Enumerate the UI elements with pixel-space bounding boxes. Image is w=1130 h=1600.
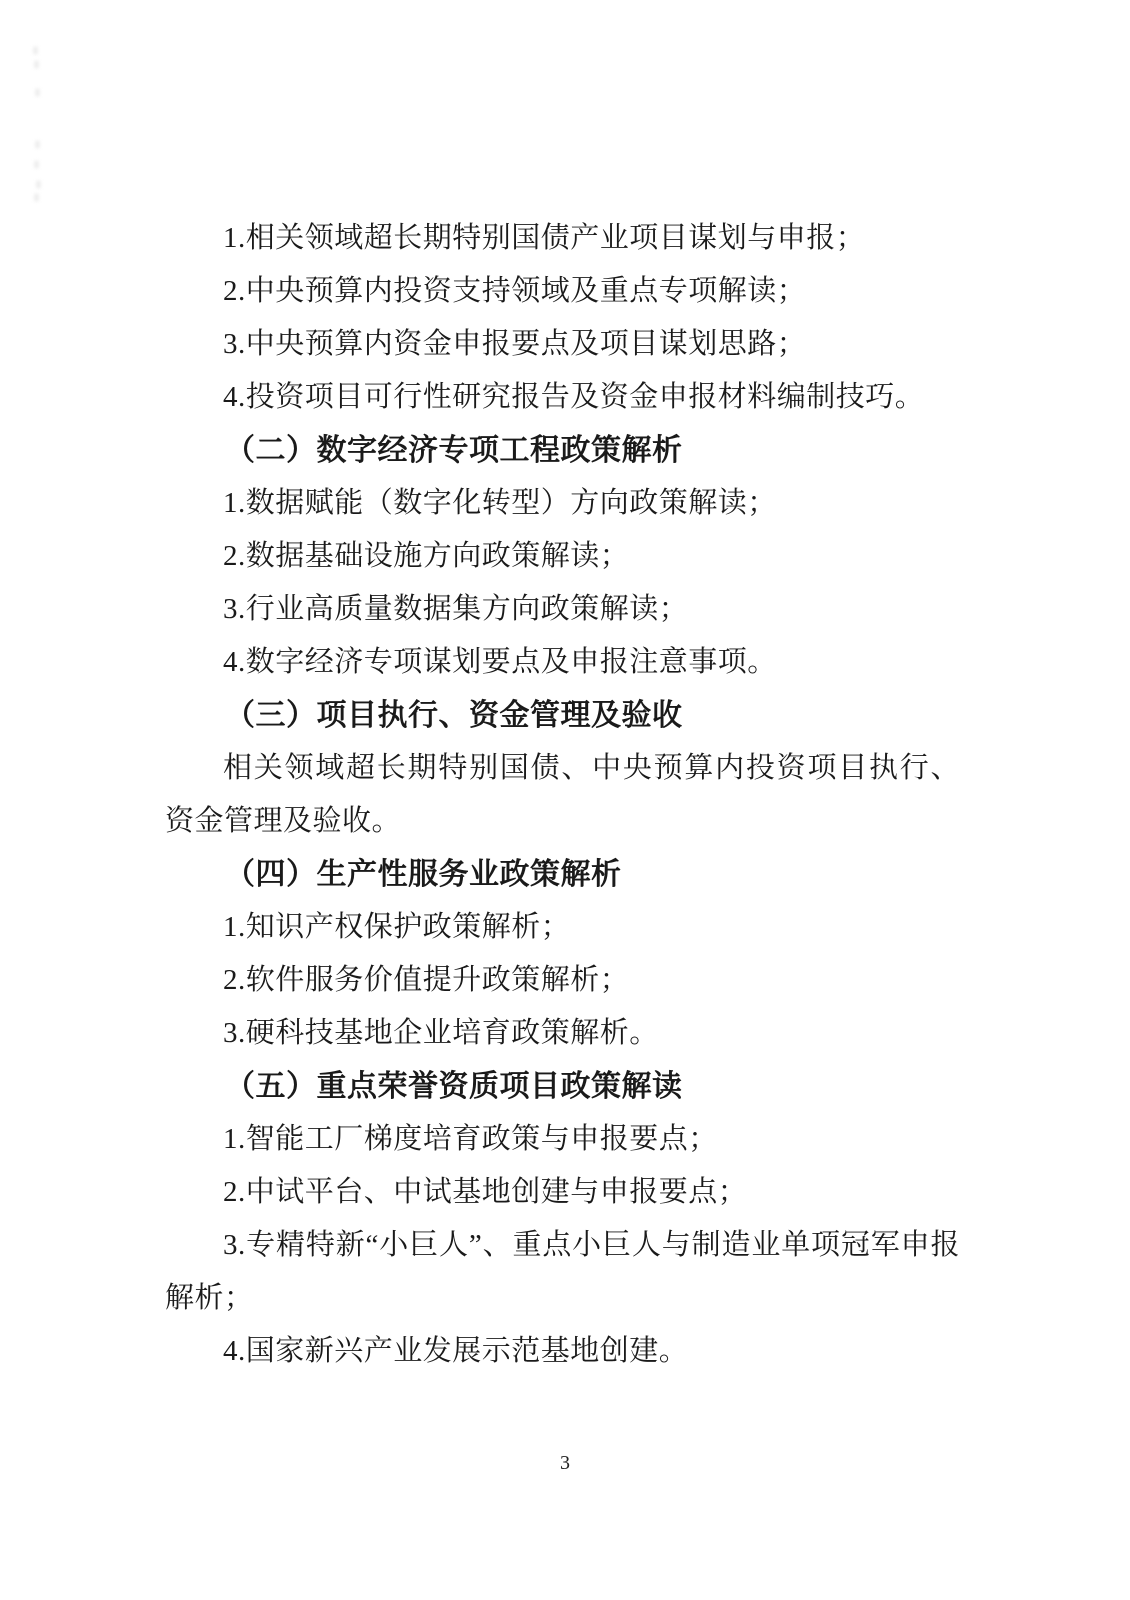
list-item: 2.中央预算内投资支持领域及重点专项解读； xyxy=(165,265,960,318)
list-item: 4.投资项目可行性研究报告及资金申报材料编制技巧。 xyxy=(165,371,960,424)
list-item: 1.相关领域超长期特别国债产业项目谋划与申报； xyxy=(165,212,960,265)
list-item: 1.知识产权保护政策解析； xyxy=(165,901,960,954)
section-heading: （五）重点荣誉资质项目政策解读 xyxy=(165,1060,960,1113)
list-item: 1.数据赋能（数字化转型）方向政策解读； xyxy=(165,477,960,530)
list-item: 4.数字经济专项谋划要点及申报注意事项。 xyxy=(165,636,960,689)
section-heading: （二）数字经济专项工程政策解析 xyxy=(165,424,960,477)
scan-artifact xyxy=(34,60,39,69)
scan-artifact xyxy=(35,140,40,149)
scan-artifact xyxy=(33,46,38,55)
scan-artifact xyxy=(35,88,40,97)
section-heading: （四）生产性服务业政策解析 xyxy=(165,848,960,901)
scan-artifact xyxy=(36,180,41,189)
scan-artifact xyxy=(34,193,39,202)
list-item: 1.智能工厂梯度培育政策与申报要点； xyxy=(165,1113,960,1166)
list-item: 4.国家新兴产业发展示范基地创建。 xyxy=(165,1325,960,1378)
list-item: 2.中试平台、中试基地创建与申报要点； xyxy=(165,1166,960,1219)
scan-artifact xyxy=(34,160,39,169)
section-heading: （三）项目执行、资金管理及验收 xyxy=(165,689,960,742)
list-item: 3.硬科技基地企业培育政策解析。 xyxy=(165,1007,960,1060)
list-item: 3.中央预算内资金申报要点及项目谋划思路； xyxy=(165,318,960,371)
list-item: 3.专精特新“小巨人”、重点小巨人与制造业单项冠军申报解析； xyxy=(165,1219,960,1325)
document-body: 1.相关领域超长期特别国债产业项目谋划与申报； 2.中央预算内投资支持领域及重点… xyxy=(165,212,960,1378)
page-number: 3 xyxy=(0,1452,1130,1475)
document-page: 1.相关领域超长期特别国债产业项目谋划与申报； 2.中央预算内投资支持领域及重点… xyxy=(0,0,1130,1600)
list-item: 2.数据基础设施方向政策解读； xyxy=(165,530,960,583)
list-item: 3.行业高质量数据集方向政策解读； xyxy=(165,583,960,636)
list-item: 2.软件服务价值提升政策解析； xyxy=(165,954,960,1007)
paragraph: 相关领域超长期特别国债、中央预算内投资项目执行、资金管理及验收。 xyxy=(165,742,960,848)
